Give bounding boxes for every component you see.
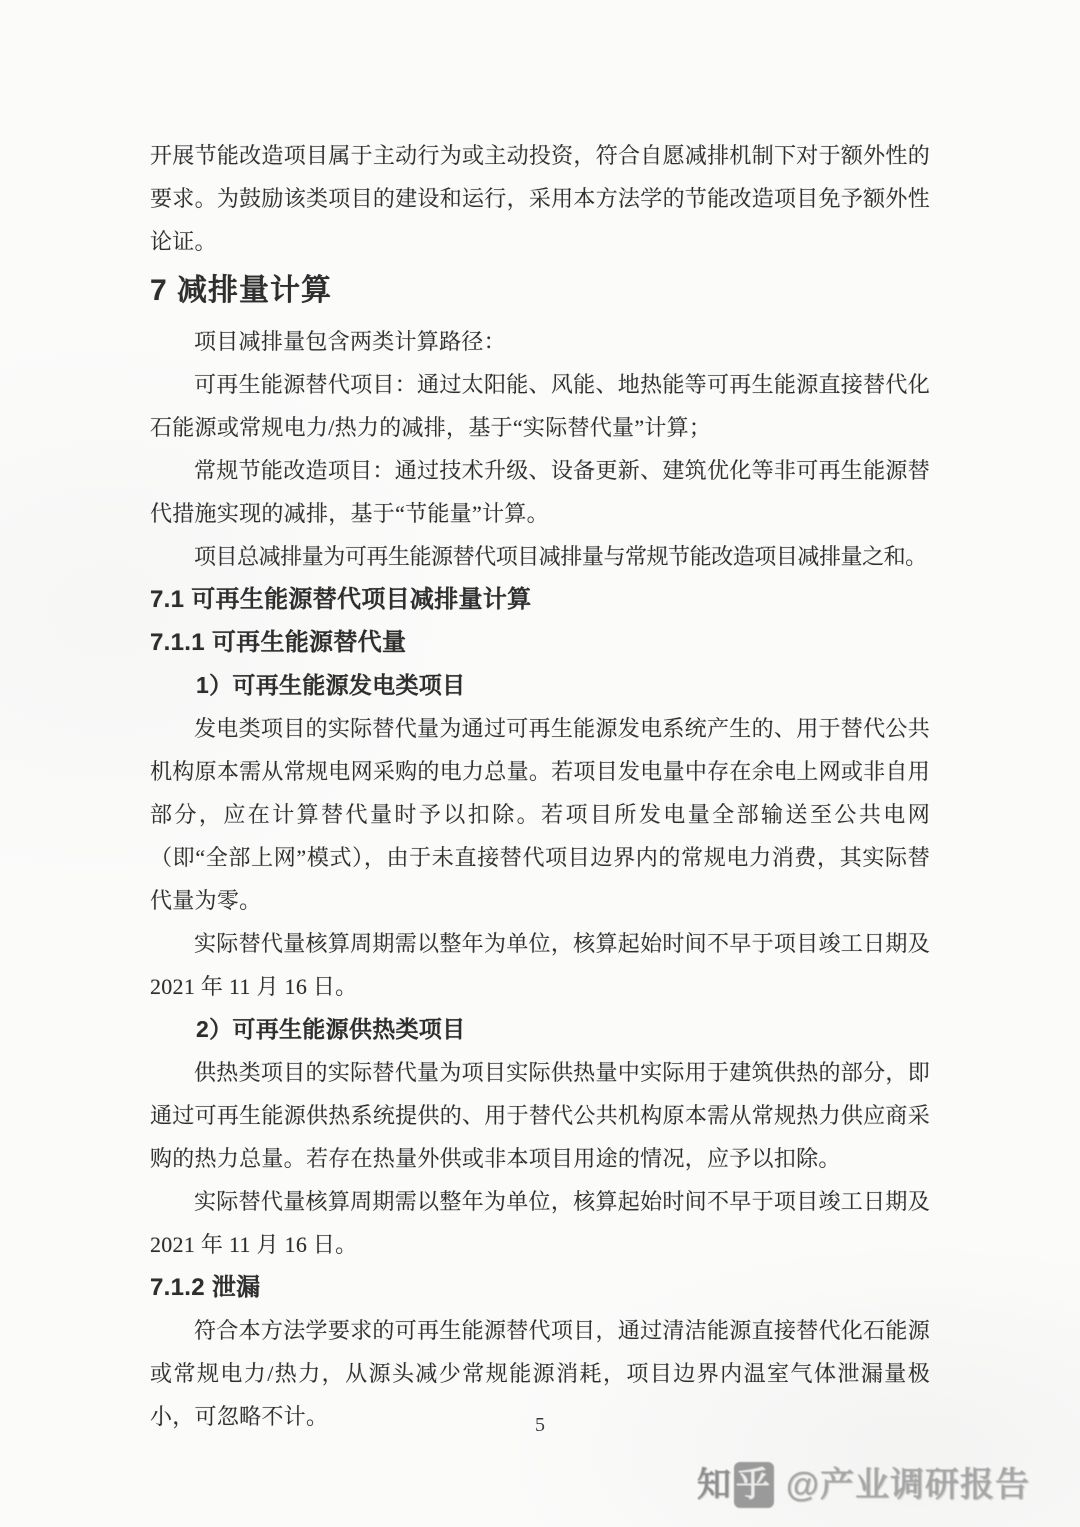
subsection-heading: 7.1.2 泄漏	[150, 1266, 930, 1309]
page-number: 5	[0, 1410, 1080, 1440]
list-heading: 1）可再生能源发电类项目	[150, 664, 930, 707]
list-heading: 2）可再生能源供热类项目	[150, 1008, 930, 1051]
watermark: 知乎@产业调研报告	[697, 1462, 1030, 1508]
document-page: 开展节能改造项目属于主动行为或主动投资，符合自愿减排机制下对于额外性的要求。为鼓…	[0, 0, 1080, 1527]
document-content: 开展节能改造项目属于主动行为或主动投资，符合自愿减排机制下对于额外性的要求。为鼓…	[150, 134, 930, 1438]
paragraph: 常规节能改造项目：通过技术升级、设备更新、建筑优化等非可再生能源替代措施实现的减…	[150, 449, 930, 535]
zhihu-logo-text: 知乎	[697, 1466, 774, 1504]
watermark-handle: @产业调研报告	[786, 1466, 1030, 1504]
paragraph: 实际替代量核算周期需以整年为单位，核算起始时间不早于项目竣工日期及 2021 年…	[150, 922, 930, 1008]
subsection-heading: 7.1.1 可再生能源替代量	[150, 621, 930, 664]
paragraph: 可再生能源替代项目：通过太阳能、风能、地热能等可再生能源直接替代化石能源或常规电…	[150, 363, 930, 449]
section-heading: 7.1 可再生能源替代项目减排量计算	[150, 578, 930, 621]
paragraph: 实际替代量核算周期需以整年为单位，核算起始时间不早于项目竣工日期及 2021 年…	[150, 1180, 930, 1266]
chapter-heading: 7 减排量计算	[150, 270, 930, 312]
paragraph: 供热类项目的实际替代量为项目实际供热量中实际用于建筑供热的部分，即通过可再生能源…	[150, 1051, 930, 1180]
paragraph: 项目减排量包含两类计算路径：	[150, 320, 930, 363]
paragraph: 开展节能改造项目属于主动行为或主动投资，符合自愿减排机制下对于额外性的要求。为鼓…	[150, 134, 930, 263]
paragraph: 项目总减排量为可再生能源替代项目减排量与常规节能改造项目减排量之和。	[150, 535, 930, 578]
paragraph: 发电类项目的实际替代量为通过可再生能源发电系统产生的、用于替代公共机构原本需从常…	[150, 707, 930, 922]
zhihu-logo-bubble: 乎	[734, 1462, 774, 1508]
